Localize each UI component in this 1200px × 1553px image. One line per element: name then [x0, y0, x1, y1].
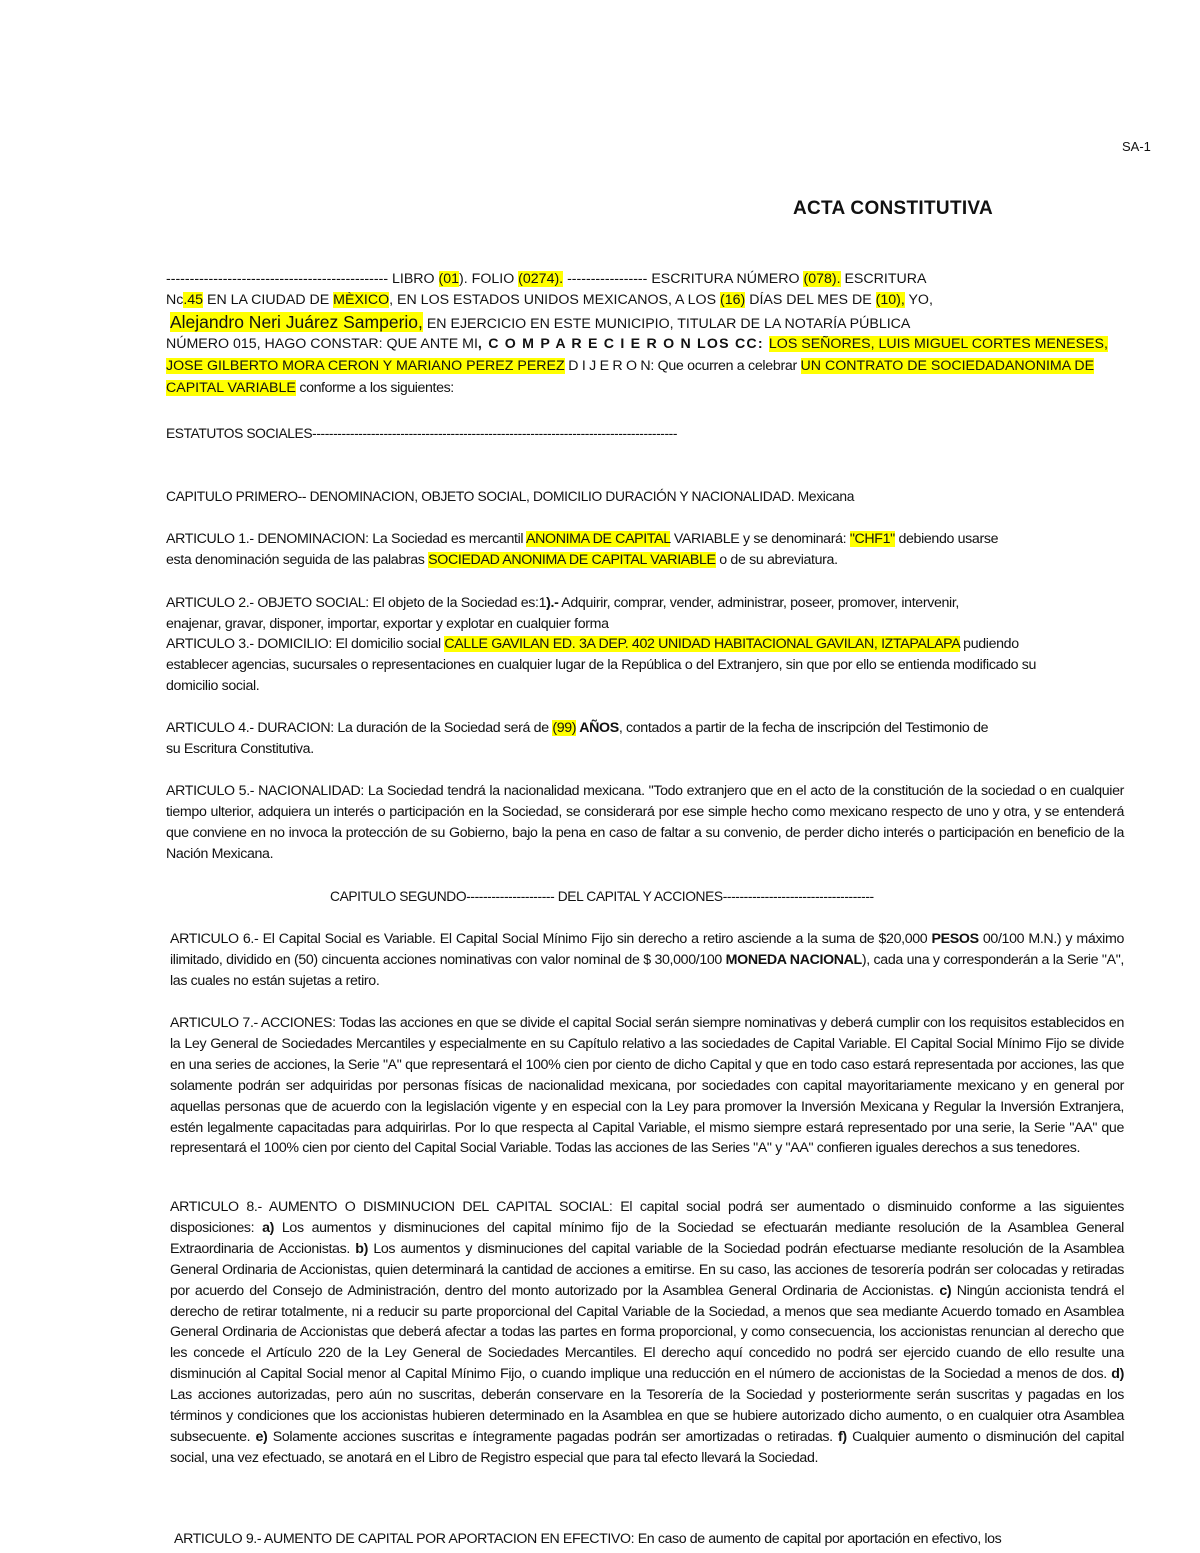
article-3: ARTICULO 3.- DOMICILIO: El domicilio soc…: [166, 634, 1166, 697]
item-marker: b): [355, 1241, 368, 1257]
header-line-2: Nc.45 EN LA CIUDAD DE MÈXICO, EN LOS EST…: [166, 290, 933, 311]
static-text: , contados a partir de la fecha de inscr…: [619, 720, 988, 736]
static-text: ARTICULO 2.- OBJETO SOCIAL: El objeto de…: [166, 595, 546, 611]
notary-name: Alejandro Neri Juárez Samperio,: [170, 312, 423, 332]
company-name: "CHF1": [850, 531, 895, 547]
bold-text: PESOS: [932, 931, 979, 947]
contract-type-2: CAPITAL VARIABLE: [166, 380, 296, 396]
item-marker: c): [939, 1283, 951, 1299]
static-text: debiendo usarse: [895, 531, 998, 547]
static-text: ARTICULO 4.- DURACION: La duración de la…: [166, 720, 552, 736]
estatutos-heading: ESTATUTOS SOCIALES----------------------…: [166, 423, 677, 444]
chapter-1-heading: CAPITULO PRIMERO-- DENOMINACION, OBJETO …: [166, 486, 854, 507]
static-text: ARTICULO 6.- El Capital Social es Variab…: [170, 931, 932, 947]
static-text: conforme a los siguientes:: [296, 380, 454, 396]
chapter-2-heading: CAPITULO SEGUNDO--------------------- DE…: [330, 886, 874, 907]
day-value: (16): [720, 292, 745, 308]
address: CALLE GAVILAN ED. 3A DEP. 402 UNIDAD HAB…: [444, 636, 959, 652]
folio-value: (0274).: [518, 271, 563, 287]
static-text: esta denominación seguida de las palabra…: [166, 552, 428, 568]
page-identifier: SA-1: [1122, 139, 1151, 154]
item-marker: d): [1111, 1366, 1124, 1382]
bold-text: ).-: [546, 595, 558, 611]
item-marker: a): [262, 1220, 274, 1236]
static-text: YO,: [905, 292, 933, 308]
static-text: establecer agencias, sucursales o repres…: [166, 657, 1036, 673]
static-text: ARTICULO 1.- DENOMINACION: La Sociedad e…: [166, 531, 526, 547]
static-text: pudiendo: [960, 636, 1019, 652]
chapter-1-tail: Mexicana: [798, 489, 854, 504]
article-1: ARTICULO 1.- DENOMINACION: La Sociedad e…: [166, 529, 1124, 571]
highlight: SOCIEDAD ANONIMA DE CAPITAL VARIABLE: [428, 552, 716, 568]
static-text: enajenar, gravar, disponer, importar, ex…: [166, 616, 609, 632]
static-text: , EN LOS ESTADOS UNIDOS MEXICANOS, A LOS: [389, 292, 720, 308]
static-text: , HAGO CONSTAR: QUE ANTE MI: [257, 336, 478, 352]
static-text: su Escritura Constitutiva.: [166, 741, 314, 757]
parties-2: JOSE GILBERTO MORA CERON Y MARIANO PEREZ…: [166, 358, 565, 374]
static-text: EN LA CIUDAD DE: [203, 292, 333, 308]
article-2: ARTICULO 2.- OBJETO SOCIAL: El objeto de…: [166, 593, 1124, 635]
bold-text: AÑOS: [576, 720, 619, 736]
folio-label: ). FOLIO: [459, 271, 518, 287]
escritura-value: (078).: [803, 271, 840, 287]
static-text: o de su abreviatura.: [716, 552, 838, 568]
contract-type-1: UN CONTRATO DE SOCIEDADANONIMA DE: [801, 358, 1095, 374]
nc-prefix: Nc: [166, 292, 183, 308]
escritura-tail: ESCRITURA: [841, 271, 927, 287]
libro-label: LIBRO: [392, 271, 439, 287]
duration-value: (99): [552, 720, 576, 736]
chapter-1-title: CAPITULO PRIMERO-- DENOMINACION, OBJETO …: [166, 489, 798, 504]
escritura-label: ----------------- ESCRITURA NÚMERO: [563, 271, 803, 287]
static-text: ARTICULO 3.- DOMICILIO: El domicilio soc…: [166, 636, 444, 652]
nc-number: .45: [183, 292, 203, 308]
static-text: EN EJERCICIO EN ESTE MUNICIPIO, TITULAR …: [423, 316, 910, 332]
notary-number: NÚMERO 015: [166, 336, 257, 352]
article-9: ARTICULO 9.- AUMENTO DE CAPITAL POR APOR…: [174, 1529, 1001, 1550]
article-4: ARTICULO 4.- DURACION: La duración de la…: [166, 718, 1124, 760]
item-marker: e): [256, 1429, 268, 1445]
libro-value: (01: [439, 271, 460, 287]
article-5: ARTICULO 5.- NACIONALIDAD: La Sociedad t…: [166, 781, 1124, 865]
header-line-3: Alejandro Neri Juárez Samperio, EN EJERC…: [170, 312, 910, 335]
month-value: (10),: [876, 292, 905, 308]
document-title: ACTA CONSTITUTIVA: [793, 198, 993, 220]
static-text: DÍAS DEL MES DE: [745, 292, 875, 308]
header-line-5: JOSE GILBERTO MORA CERON Y MARIANO PEREZ…: [166, 356, 1094, 377]
header-line-4: NÚMERO 015, HAGO CONSTAR: QUE ANTE MI, C…: [166, 334, 1108, 355]
dash-rule: ----------------------------------------…: [166, 271, 392, 287]
header-line-1: ----------------------------------------…: [166, 269, 926, 290]
static-text: D I J E R O N: Que ocurren a celebrar: [565, 358, 801, 374]
comparecieron-text: , C O M P A R E C I E R O N LOS CC:: [478, 336, 769, 352]
static-text: VARIABLE y se denominará:: [670, 531, 850, 547]
header-line-6: CAPITAL VARIABLE conforme a los siguient…: [166, 378, 454, 399]
article-6: ARTICULO 6.- El Capital Social es Variab…: [170, 929, 1124, 992]
article-8: ARTICULO 8.- AUMENTO O DISMINUCION DEL C…: [170, 1197, 1124, 1469]
item-marker: f): [838, 1429, 847, 1445]
parties-1: LOS SEÑORES, LUIS MIGUEL CORTES MENESES,: [769, 336, 1108, 352]
article-7: ARTICULO 7.- ACCIONES: Todas las accione…: [170, 1013, 1124, 1159]
highlight: ANONIMA DE CAPITAL: [526, 531, 670, 547]
bold-text: MONEDA NACIONAL: [726, 952, 862, 968]
static-text: domicilio social.: [166, 678, 259, 694]
static-text: Adquirir, comprar, vender, administrar, …: [558, 595, 959, 611]
city: MÈXICO: [333, 292, 389, 308]
static-text: Solamente acciones suscritas e íntegrame…: [267, 1429, 838, 1445]
